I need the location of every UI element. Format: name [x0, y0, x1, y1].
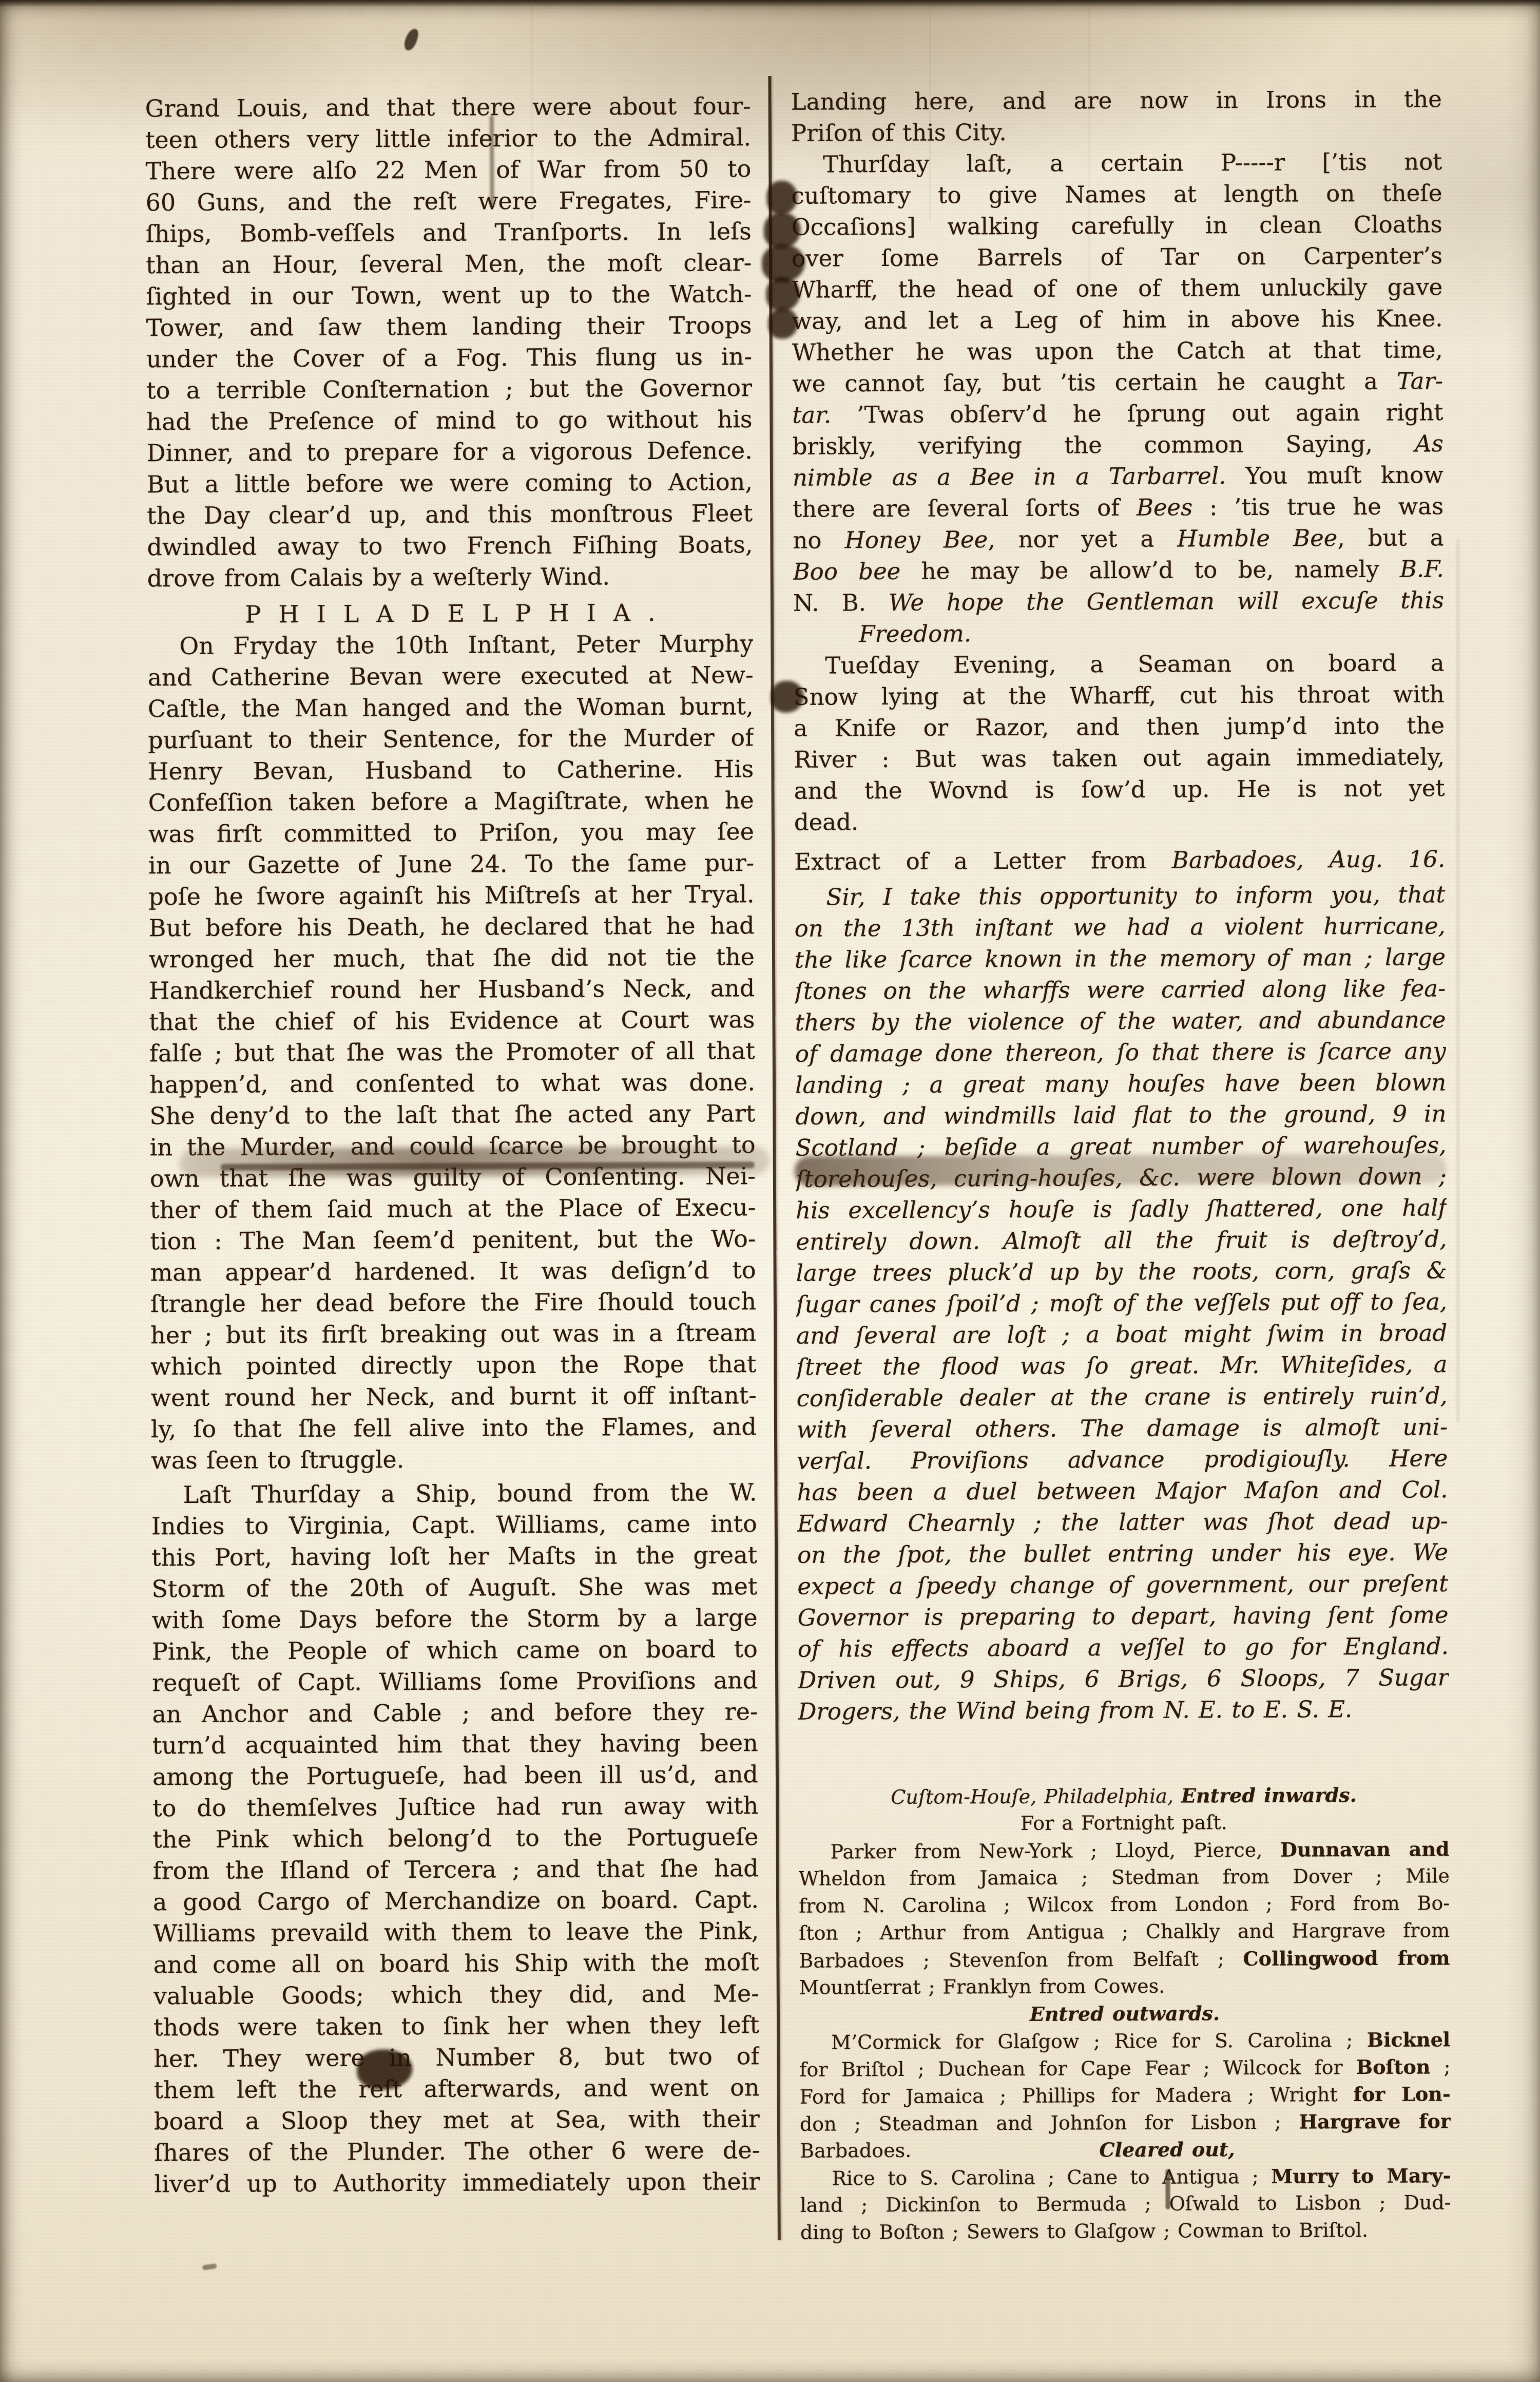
text-line: teen others very little inferior to the …: [145, 122, 751, 156]
text-run: Humble Bee: [1177, 524, 1337, 552]
text-run: requeſt of Capt. Williams ſome Proviſion…: [152, 1666, 758, 1697]
text-run: has been a duel between Major Maſon and …: [797, 1476, 1448, 1506]
text-line: happen’d, and conſented to what was done…: [149, 1066, 755, 1100]
text-line: briskly, verifying the common Saying, As: [793, 428, 1443, 462]
text-run: large trees pluck’d up by the roots, cor…: [796, 1256, 1447, 1287]
text-line: has been a duel between Major Maſon and …: [797, 1474, 1448, 1508]
text-run: PHILADELPHIA.: [245, 599, 672, 628]
text-line: Tueſday Evening, a Seaman on board a: [793, 647, 1444, 681]
right-column: Landing here, and are now in Irons in th…: [791, 83, 1451, 2246]
text-run: Ford for Jamaica ; Phillips for Madera ;…: [800, 2083, 1354, 2108]
text-line: than an Hour, ſeveral Men, the moſt clea…: [146, 247, 752, 281]
text-line: Rice to S. Carolina ; Cane to Antigua ; …: [800, 2162, 1451, 2192]
newspaper-page: Grand Louis, and that there were about f…: [0, 0, 1540, 2382]
text-line: in the Murder, and could ſcarce be broug…: [149, 1129, 755, 1163]
text-line: thers by the violence of the water, and …: [795, 1004, 1446, 1038]
text-line: ſtrangle her dead before the Fire ſhould…: [150, 1286, 756, 1320]
text-line: poſe he ſwore againſt his Miſtreſs at he…: [148, 879, 754, 912]
text-run: in our Gazette of June 24. To the ſame p…: [148, 849, 754, 879]
text-run: among the Portugueſe, had been ill us’d,…: [152, 1760, 758, 1790]
text-block: Sir, I take this opportunity to inform y…: [794, 879, 1449, 1727]
text-run: Wharff, the head of one of them unluckil…: [792, 273, 1442, 303]
text-line: Boo bee he may be allow’d to be, namely …: [793, 553, 1444, 587]
text-run: Landing here, and are now in Irons in th…: [791, 85, 1442, 116]
text-line: expect a ſpeedy change of government, ou…: [797, 1568, 1448, 1602]
text-line: verſal. Proviſions advance prodigiouſly.…: [797, 1442, 1448, 1477]
letter-heading: Extract of a Letter from Barbadoes, Aug.…: [794, 843, 1445, 878]
text-line: don ; Steadman and Johnſon for Lisbon ; …: [800, 2107, 1451, 2138]
text-line: his excellency’s houſe is ſadly ſhattere…: [796, 1192, 1447, 1226]
text-run: teen others very little inferior to the …: [145, 123, 751, 154]
text-line: that the chief of his Evidence at Court …: [149, 1004, 755, 1038]
text-line: M’Cormick for Glaſgow ; Rice for S. Caro…: [799, 2026, 1450, 2056]
text-run: was firſt committed to Priſon, you may ſ…: [148, 817, 754, 848]
text-run: , but a: [1337, 524, 1443, 551]
text-line: ſhares of the Plunder. The other 6 were …: [154, 2135, 760, 2168]
text-run: dead.: [794, 808, 859, 836]
text-line: own that ſhe was guilty of Conſenting. N…: [150, 1160, 756, 1194]
text-run: : ’tis true he was: [1192, 492, 1443, 521]
text-line: land ; Dickinſon to Bermuda ; Oſwald to …: [800, 2189, 1451, 2219]
text-run: there are ſeveral ſorts of: [793, 494, 1137, 523]
text-line: Thurſday laſt, a certain P-----r [’tis n…: [791, 146, 1442, 180]
text-line: Occaſions] walking carefully in clean Cl…: [792, 208, 1442, 243]
text-run: Bees: [1137, 493, 1193, 521]
text-line: with ſome Days before the Storm by a lar…: [152, 1602, 758, 1636]
text-line: liver’d up to Authority immediately upon…: [154, 2166, 760, 2200]
text-run: You muſt know: [1226, 461, 1443, 489]
text-run: 60 Guns, and the reſt were Fregates, Fir…: [145, 186, 751, 216]
text-run: and Catherine Bevan were executed at New…: [148, 661, 754, 691]
text-run: Tower, and ſaw them landing their Troops: [146, 311, 752, 341]
text-run: for Briſtol ; Duchean for Cape Fear ; Wi…: [799, 2056, 1356, 2081]
text-run: ſtreet the flood was ſo great. Mr. White…: [796, 1350, 1447, 1381]
text-line: Landing here, and are now in Irons in th…: [791, 83, 1442, 118]
philadelphia-heading: PHILADELPHIA.: [147, 597, 753, 631]
text-run: On Fryday the 10th Inſtant, Peter Murphy: [179, 630, 753, 660]
text-line: There were alſo 22 Men of War from 50 to: [145, 153, 751, 187]
column-divider-rule: [768, 76, 781, 2240]
text-run: Tueſday Evening, a Seaman on board a: [825, 649, 1444, 679]
text-line: Governor is preparing to depart, having …: [797, 1599, 1448, 1633]
text-line: Driven out, 9 Ships, 6 Brigs, 6 Sloops, …: [798, 1662, 1449, 1696]
text-run: But a little before we were coming to Ac…: [147, 468, 753, 498]
text-block: Tueſday Evening, a Seaman on board aSnow…: [793, 647, 1445, 838]
text-line: over ſome Barrels of Tar on Carpenter’s: [792, 240, 1442, 274]
text-line: which pointed directly upon the Rope tha…: [150, 1348, 756, 1382]
text-run: board a Sloop they met at Sea, with thei…: [154, 2105, 760, 2135]
text-run: Hargrave for: [1299, 2109, 1451, 2133]
text-line: of damage done thereon, ſo that there is…: [795, 1035, 1446, 1070]
text-line: to a terrible Conſternation ; but the Go…: [146, 372, 752, 406]
text-line: But a little before we were coming to Ac…: [147, 466, 753, 500]
text-line: had the Preſence of mind to go without h…: [146, 404, 752, 437]
text-run: Sir, I take this opportunity to inform y…: [826, 881, 1445, 910]
text-run: on the ſpot, the bullet entring under hi…: [797, 1538, 1448, 1569]
text-run: Henry Bevan, Husband to Catherine. His: [148, 755, 754, 785]
text-line: ding to Boſton ; Sewers to Glaſgow ; Cow…: [800, 2216, 1451, 2246]
text-line: and ſeveral are loſt ; a boat might ſwim…: [796, 1317, 1447, 1351]
text-run: Extract of a Letter from: [794, 847, 1172, 875]
text-line: in our Gazette of June 24. To the ſame p…: [148, 847, 754, 881]
text-run: down, and windmills laid flat to the gro…: [795, 1100, 1446, 1130]
text-line: Handkerchief round her Husband’s Neck, a…: [149, 973, 755, 1006]
text-run: ding to Boſton ; Sewers to Glaſgow ; Cow…: [800, 2219, 1368, 2244]
text-line: her ; but its firſt breaking out was in …: [150, 1317, 756, 1351]
text-line: entirely down. Almoſt all the fruit is d…: [796, 1223, 1447, 1257]
text-line: ſhips, Bomb-veſſels and Tranſports. In l…: [146, 216, 752, 250]
text-line: from N. Carolina ; Wilcox from London ; …: [799, 1890, 1450, 1920]
text-run: was ſeen to ſtruggle.: [151, 1445, 404, 1474]
text-line: Dinner, and to prepare for a vigorous De…: [147, 435, 753, 469]
text-block: Extract of a Letter from Barbadoes, Aug.…: [794, 843, 1445, 878]
text-run: on the 13th inſtant we had a violent hur…: [795, 912, 1446, 942]
text-run: her. They were in Number 8, but two of: [153, 2042, 759, 2072]
text-run: ſighted in our Town, went up to the Watc…: [146, 280, 752, 310]
text-run: Caſtle, the Man hanged and the Woman bur…: [148, 692, 754, 722]
text-line: and come all on board his Ship with the …: [153, 1947, 759, 1980]
text-run: Grand Louis, and that there were about f…: [145, 92, 751, 122]
text-run: ſton ; Arthur from Antigua ; Chalkly and…: [799, 1919, 1450, 1945]
text-run: land ; Dickinſon to Bermuda ; Oſwald to …: [800, 2191, 1451, 2217]
text-run: Edward Chearnly ; the latter was ſhot de…: [797, 1507, 1448, 1537]
text-run: and the Wovnd is ſow’d up. He is not yet: [794, 774, 1445, 805]
text-block: Grand Louis, and that there were about f…: [145, 90, 753, 594]
text-run: briskly, verifying the common Saying,: [793, 430, 1415, 460]
text-run: thods were taken to ſink her when they l…: [153, 2011, 759, 2041]
text-run: a good Cargo of Merchandize on board. Ca…: [153, 1885, 759, 1916]
text-line: Confeſſion taken before a Magiſtrate, wh…: [148, 785, 754, 818]
text-line: this Port, having loſt her Maſts in the …: [151, 1539, 757, 1573]
text-line: Wharff, the head of one of them unluckil…: [792, 271, 1442, 306]
left-column: Grand Louis, and that there were about f…: [145, 90, 760, 2200]
text-line: the Pink which belong’d to the Portugueſ…: [152, 1821, 758, 1855]
text-run: poſe he ſwore againſt his Miſtreſs at he…: [148, 880, 754, 910]
text-run: don ; Steadman and Johnſon for Lisbon ;: [800, 2111, 1299, 2136]
text-run: dwindled away to two French Fiſhing Boat…: [147, 530, 753, 561]
text-line: tar. ’Twas obſerv’d he ſprung out again …: [792, 396, 1443, 431]
text-run: Barbadoes, Aug. 16.: [1172, 845, 1446, 873]
text-run: nimble as a Bee in a Tarbarrel.: [793, 462, 1226, 491]
text-line: ſtorehouſes, curing-houſes, &c. were blo…: [796, 1160, 1447, 1195]
text-line: board a Sloop they met at Sea, with thei…: [154, 2103, 760, 2137]
text-line: we cannot ſay, but ’tis certain he caugh…: [792, 365, 1443, 399]
text-run: , nor yet a: [988, 525, 1177, 554]
text-run: M’Cormick for Glaſgow ; Rice for S. Caro…: [831, 2029, 1367, 2054]
text-run: for Lon-: [1353, 2082, 1450, 2106]
text-run: N. B.: [793, 589, 889, 617]
text-run: Confeſſion taken before a Magiſtrate, wh…: [148, 786, 754, 816]
text-run: Drogers, the Wind being from N. E. to E.…: [798, 1695, 1352, 1725]
text-run: the Pink which belong’d to the Portugueſ…: [152, 1823, 758, 1853]
text-line: Sir, I take this opportunity to inform y…: [794, 879, 1445, 913]
text-line: requeſt of Capt. Williams ſome Proviſion…: [152, 1665, 758, 1699]
text-run: Dunnavan and: [1280, 1837, 1450, 1861]
text-block: PHILADELPHIA.: [147, 597, 753, 631]
text-run: Bicknel: [1367, 2028, 1450, 2051]
text-run: to do themſelves Juſtice had run away wi…: [152, 1792, 758, 1822]
text-run: purſuant to their Sentence, for the Murd…: [148, 723, 754, 754]
text-line: drove from Calais by a weſterly Wind.: [147, 560, 753, 594]
text-line: nimble as a Bee in a Tarbarrel. You muſt…: [793, 459, 1443, 493]
text-line: among the Portugueſe, had been ill us’d,…: [152, 1759, 758, 1793]
text-line: Laſt Thurſday a Ship, bound from the W.: [151, 1477, 757, 1511]
text-run: River : But was taken out again immediat…: [794, 743, 1445, 773]
text-run: he may be allow’d to be, namely: [900, 556, 1400, 585]
text-line: Ford for Jamaica ; Phillips for Madera ;…: [800, 2080, 1451, 2110]
text-line: Edward Chearnly ; the latter was ſhot de…: [797, 1505, 1448, 1539]
text-run: falſe ; but that ſhe was the Promoter of…: [149, 1037, 755, 1067]
text-line: and the Wovnd is ſow’d up. He is not yet: [794, 772, 1445, 807]
text-run: Mountſerrat ; Franklyn from Cowes.: [799, 1975, 1165, 1999]
text-line: of his effects aboard a veſſel to go for…: [798, 1630, 1449, 1665]
text-line: Freedom.: [793, 616, 1444, 650]
text-run: with ſeveral others. The damage is almoſ…: [797, 1413, 1448, 1443]
text-line: tion : The Man ſeem’d penitent, but the …: [150, 1223, 756, 1257]
text-line: ther of them ſaid much at the Place of E…: [150, 1192, 756, 1226]
text-run: ſhares of the Plunder. The other 6 were …: [154, 2136, 760, 2166]
text-run: with ſome Days before the Storm by a lar…: [152, 1604, 758, 1634]
text-line: 60 Guns, and the reſt were Fregates, Fir…: [145, 184, 751, 218]
text-line: Storm of the 20th of Auguſt. She was met: [151, 1571, 757, 1605]
text-line: falſe ; but that ſhe was the Promoter of…: [149, 1035, 755, 1069]
text-line: On Fryday the 10th Inſtant, Peter Murphy: [147, 628, 753, 662]
text-run: this Port, having loſt her Maſts in the …: [151, 1541, 757, 1571]
text-line: Priſon of this City.: [791, 115, 1442, 149]
text-line: ſtones on the wharffs were carried along…: [795, 973, 1446, 1007]
text-block: Landing here, and are now in Irons in th…: [791, 83, 1442, 149]
text-run: Freedom.: [859, 620, 971, 647]
text-line: her. They were in Number 8, but two of: [153, 2041, 759, 2074]
text-line: man appear’d hardened. It was deſign’d t…: [150, 1254, 756, 1288]
text-line: Tower, and ſaw them landing their Troops: [146, 310, 752, 344]
ink-speck: [202, 2263, 217, 2271]
text-run: Priſon of this City.: [791, 119, 1007, 147]
text-line: Williams prevaild with them to leave the…: [153, 1915, 759, 1949]
text-run: expect a ſpeedy change of government, ou…: [797, 1570, 1448, 1600]
text-line: turn’d acquainted him that they having b…: [152, 1727, 758, 1761]
text-line: Indies to Virginia, Capt. Williams, came…: [151, 1508, 757, 1542]
text-run: Honey Bee: [844, 526, 988, 554]
text-run: drove from Calais by a weſterly Wind.: [147, 562, 610, 592]
text-run: Boſton: [1356, 2055, 1431, 2079]
text-line: large trees pluck’d up by the roots, cor…: [796, 1254, 1447, 1289]
text-line: no Honey Bee, nor yet a Humble Bee, but …: [793, 522, 1443, 556]
text-run: Handkerchief round her Husband’s Neck, a…: [149, 974, 755, 1004]
text-run: Laſt Thurſday a Ship, bound from the W.: [183, 1478, 757, 1509]
text-line: Grand Louis, and that there were about f…: [145, 90, 751, 124]
text-line: from the Iſland of Tercera ; and that ſh…: [153, 1853, 759, 1886]
text-run: Tar-: [1397, 367, 1443, 394]
text-line: on the ſpot, the bullet entring under hi…: [797, 1536, 1448, 1571]
text-line: wronged her much, that ſhe did not tie t…: [149, 941, 755, 975]
text-line: ſton ; Arthur from Antigua ; Chalkly and…: [799, 1917, 1450, 1947]
text-run: to a terrible Conſternation ; but the Go…: [146, 374, 752, 404]
text-line: the like ſcarce known in the memory of m…: [795, 941, 1446, 976]
text-run: ſtorehouſes, curing-houſes, &c. were blo…: [796, 1163, 1447, 1193]
text-run: and ſeveral are loſt ; a boat might ſwim…: [796, 1319, 1447, 1349]
text-run: Rice to S. Carolina ; Cane to Antigua ;: [832, 2165, 1271, 2190]
text-line: Whether he was upon the Catch at that ti…: [792, 334, 1443, 368]
text-run: of damage done thereon, ſo that there is…: [795, 1037, 1446, 1068]
text-run: Dinner, and to prepare for a vigorous De…: [147, 436, 753, 467]
text-line: ſighted in our Town, went up to the Watc…: [146, 278, 752, 312]
text-run: Barbadoes ; Stevenſon from Belfaſt ;: [799, 1948, 1243, 1972]
text-run: Storm of the 20th of Auguſt. She was met: [151, 1572, 757, 1603]
text-run: Governor is preparing to depart, having …: [798, 1601, 1449, 1631]
text-run: his excellency’s houſe is ſadly ſhattere…: [796, 1194, 1447, 1224]
text-run: Whether he was upon the Catch at that ti…: [792, 336, 1443, 366]
text-run: conſiderable dealer at the crane is enti…: [797, 1382, 1448, 1412]
text-line: thods were taken to ſink her when they l…: [153, 2009, 759, 2043]
text-run: We hope the Gentleman will excuſe this: [889, 586, 1444, 616]
text-run: liver’d up to Authority immediately upon…: [154, 2167, 760, 2198]
text-line: an Anchor and Cable ; and before they re…: [152, 1696, 758, 1730]
text-line: a good Cargo of Merchandize on board. Ca…: [153, 1884, 759, 1918]
text-line: Scotland ; beſide a great number of ware…: [795, 1129, 1446, 1164]
page-sheet: Grand Louis, and that there were about f…: [0, 0, 1540, 2382]
text-run: an Anchor and Cable ; and before they re…: [152, 1698, 758, 1728]
text-run: her ; but its firſt breaking out was in …: [150, 1319, 756, 1349]
text-run: own that ſhe was guilty of Conſenting. N…: [150, 1162, 756, 1192]
text-run: which pointed directly upon the Rope tha…: [150, 1350, 756, 1380]
text-run: no: [793, 526, 844, 554]
text-run: the Day clear’d up, and this monſtrous F…: [147, 499, 753, 529]
custom-house-heading: Cuſtom-Houſe, Philadelphia, Entred inwar…: [798, 1781, 1449, 1811]
entred-outwards-heading: Entred outwards.: [799, 1998, 1450, 2029]
text-run: had the Preſence of mind to go without h…: [146, 405, 752, 435]
text-line: dwindled away to two French Fiſhing Boat…: [147, 529, 753, 563]
text-run: She deny’d to the laſt that ſhe acted an…: [149, 1099, 755, 1130]
text-run: For a Fortnight paſt.: [1021, 1811, 1227, 1835]
text-run: over ſome Barrels of Tar on Carpenter’s: [792, 242, 1442, 272]
text-block: Cuſtom-Houſe, Philadelphia, Entred inwar…: [798, 1781, 1451, 2246]
text-run: ſtrangle her dead before the Fire ſhould…: [150, 1287, 756, 1318]
text-run: ſugar canes ſpoil’d ; moſt of the veſſel…: [796, 1288, 1447, 1318]
fortnight-subheading: For a Fortnight paſt.: [798, 1808, 1449, 1838]
text-run: valuable Goods; which they did, and Me-: [153, 1979, 759, 2010]
text-line: dead.: [794, 804, 1445, 838]
text-line: Mountſerrat ; Franklyn from Cowes.: [799, 1971, 1450, 2002]
cleared-out-line: Barbadoes.Cleared out,: [800, 2135, 1451, 2165]
text-run: and come all on board his Ship with the …: [153, 1948, 759, 1978]
text-run: that the chief of his Evidence at Court …: [149, 1005, 755, 1036]
text-run: a Knife or Razor, and then jump’d into t…: [794, 712, 1445, 742]
text-run: tion : The Man ſeem’d penitent, but the …: [150, 1225, 756, 1255]
text-run: ’Twas obſerv’d he ſprung out again right: [831, 398, 1443, 428]
text-run: the like ſcarce known in the memory of m…: [795, 943, 1446, 974]
text-line: She deny’d to the laſt that ſhe acted an…: [149, 1098, 755, 1132]
text-run: There were alſo 22 Men of War from 50 to: [145, 155, 751, 185]
text-run: ly, ſo that ſhe fell alive into the Flam…: [151, 1413, 757, 1443]
text-run: ſtones on the wharffs were carried along…: [795, 975, 1446, 1005]
text-run: Thurſday laſt, a certain P-----r [’tis n…: [823, 148, 1442, 178]
text-run: way, and let a Leg of him in above his K…: [792, 304, 1442, 335]
text-line: there are ſeveral ſorts of Bees : ’tis t…: [793, 490, 1443, 525]
text-line: went round her Neck, and burnt it off in…: [151, 1380, 757, 1414]
text-run: went round her Neck, and burnt it off in…: [151, 1381, 757, 1412]
text-run: Entred outwards.: [1030, 2002, 1220, 2026]
text-line: Snow lying at the Wharff, cut his throat…: [794, 678, 1445, 713]
text-line: River : But was taken out again immediat…: [794, 741, 1445, 775]
ink-speck: [402, 27, 420, 52]
text-run: Boo bee: [793, 558, 901, 585]
text-line: on the 13th inſtant we had a violent hur…: [795, 910, 1446, 944]
text-run: thers by the violence of the water, and …: [795, 1006, 1446, 1036]
text-line: cuſtomary to give Names at length on the…: [791, 177, 1442, 212]
text-line: valuable Goods; which they did, and Me-: [153, 1978, 759, 2012]
text-line: was ſeen to ſtruggle.: [151, 1442, 757, 1476]
text-run: Indies to Virginia, Capt. Williams, came…: [151, 1510, 757, 1540]
text-line: landing ; a great many houſes have been …: [795, 1066, 1446, 1101]
text-run: from the Iſland of Tercera ; and that ſh…: [153, 1854, 759, 1884]
text-run: Williams prevaild with them to leave the…: [153, 1917, 759, 1947]
text-line: ſugar canes ſpoil’d ; moſt of the veſſel…: [796, 1286, 1447, 1320]
text-line: But before his Death, he declared that h…: [149, 910, 755, 944]
text-line: Pink, the People of which came on board …: [152, 1633, 758, 1667]
text-run: tar.: [792, 401, 831, 428]
text-run: Wheldon from Jamaica ; Stedman from Dove…: [799, 1864, 1450, 1890]
text-run: entirely down. Almoſt all the fruit is d…: [796, 1225, 1447, 1255]
text-run: landing ; a great many houſes have been …: [795, 1069, 1446, 1099]
text-line: the Day clear’d up, and this monſtrous F…: [147, 498, 753, 531]
text-line: down, and windmills laid flat to the gro…: [795, 1098, 1446, 1132]
text-run: wronged her much, that ſhe did not tie t…: [149, 943, 755, 973]
text-run: from N. Carolina ; Wilcox from London ; …: [799, 1892, 1450, 1917]
text-line: Henry Bevan, Husband to Catherine. His: [148, 753, 754, 787]
text-run: But before his Death, he declared that h…: [149, 911, 755, 942]
text-run: B.F.: [1400, 555, 1444, 582]
text-line: with ſeveral others. The damage is almoſ…: [797, 1411, 1448, 1445]
text-run: ſhips, Bomb-veſſels and Tranſports. In l…: [146, 217, 752, 247]
text-run: in the Murder, and could ſcarce be broug…: [149, 1131, 755, 1161]
text-line: ly, ſo that ſhe fell alive into the Flam…: [151, 1411, 757, 1445]
text-run: happen’d, and conſented to what was done…: [149, 1068, 755, 1098]
text-run: Snow lying at the Wharff, cut his throat…: [794, 680, 1445, 711]
text-line: conſiderable dealer at the crane is enti…: [797, 1380, 1448, 1414]
text-line: ſtreet the flood was ſo great. Mr. White…: [796, 1348, 1447, 1383]
text-run: Occaſions] walking carefully in clean Cl…: [792, 211, 1442, 241]
text-line: a Knife or Razor, and then jump’d into t…: [794, 710, 1445, 744]
text-line: them left the reſt afterwards, and went …: [153, 2072, 759, 2106]
text-run: As: [1415, 430, 1443, 457]
text-block: On Fryday the 10th Inſtant, Peter Murphy…: [147, 628, 757, 1476]
text-run: ther of them ſaid much at the Place of E…: [150, 1193, 756, 1224]
text-line: Drogers, the Wind being from N. E. to E.…: [798, 1693, 1449, 1727]
text-line: purſuant to their Sentence, for the Murd…: [148, 722, 754, 756]
text-run: under the Cover of a Fog. This flung us …: [146, 342, 752, 373]
text-block: Thurſday laſt, a certain P-----r [’tis n…: [791, 146, 1444, 650]
text-run: of his effects aboard a veſſel to go for…: [798, 1632, 1449, 1663]
text-run: turn’d acquainted him that they having b…: [152, 1729, 758, 1759]
text-run: than an Hour, ſeveral Men, the moſt clea…: [146, 249, 752, 279]
text-run: Entred inwards.: [1181, 1783, 1357, 1807]
text-run: Driven out, 9 Ships, 6 Brigs, 6 Sloops, …: [798, 1664, 1449, 1694]
text-line: was firſt committed to Priſon, you may ſ…: [148, 816, 754, 850]
text-line: Caſtle, the Man hanged and the Woman bur…: [148, 691, 754, 725]
text-run: Cleared out,: [1099, 2136, 1235, 2163]
text-run: Barbadoes.: [800, 2139, 911, 2162]
text-run: them left the reſt afterwards, and went …: [154, 2073, 760, 2104]
text-run: Pink, the People of which came on board …: [152, 1635, 758, 1665]
text-line: under the Cover of a Fog. This flung us …: [146, 341, 752, 375]
text-run: Parker from New-York ; Lloyd, Pierce,: [831, 1839, 1281, 1863]
text-line: and Catherine Bevan were executed at New…: [147, 659, 753, 693]
text-run: we cannot ſay, but ’tis certain he caugh…: [792, 368, 1397, 397]
text-run: Collingwood from: [1243, 1946, 1450, 1970]
text-run: Scotland ; beſide a great number of ware…: [796, 1131, 1447, 1161]
text-run: Cuſtom-Houſe, Philadelphia,: [891, 1785, 1181, 1808]
